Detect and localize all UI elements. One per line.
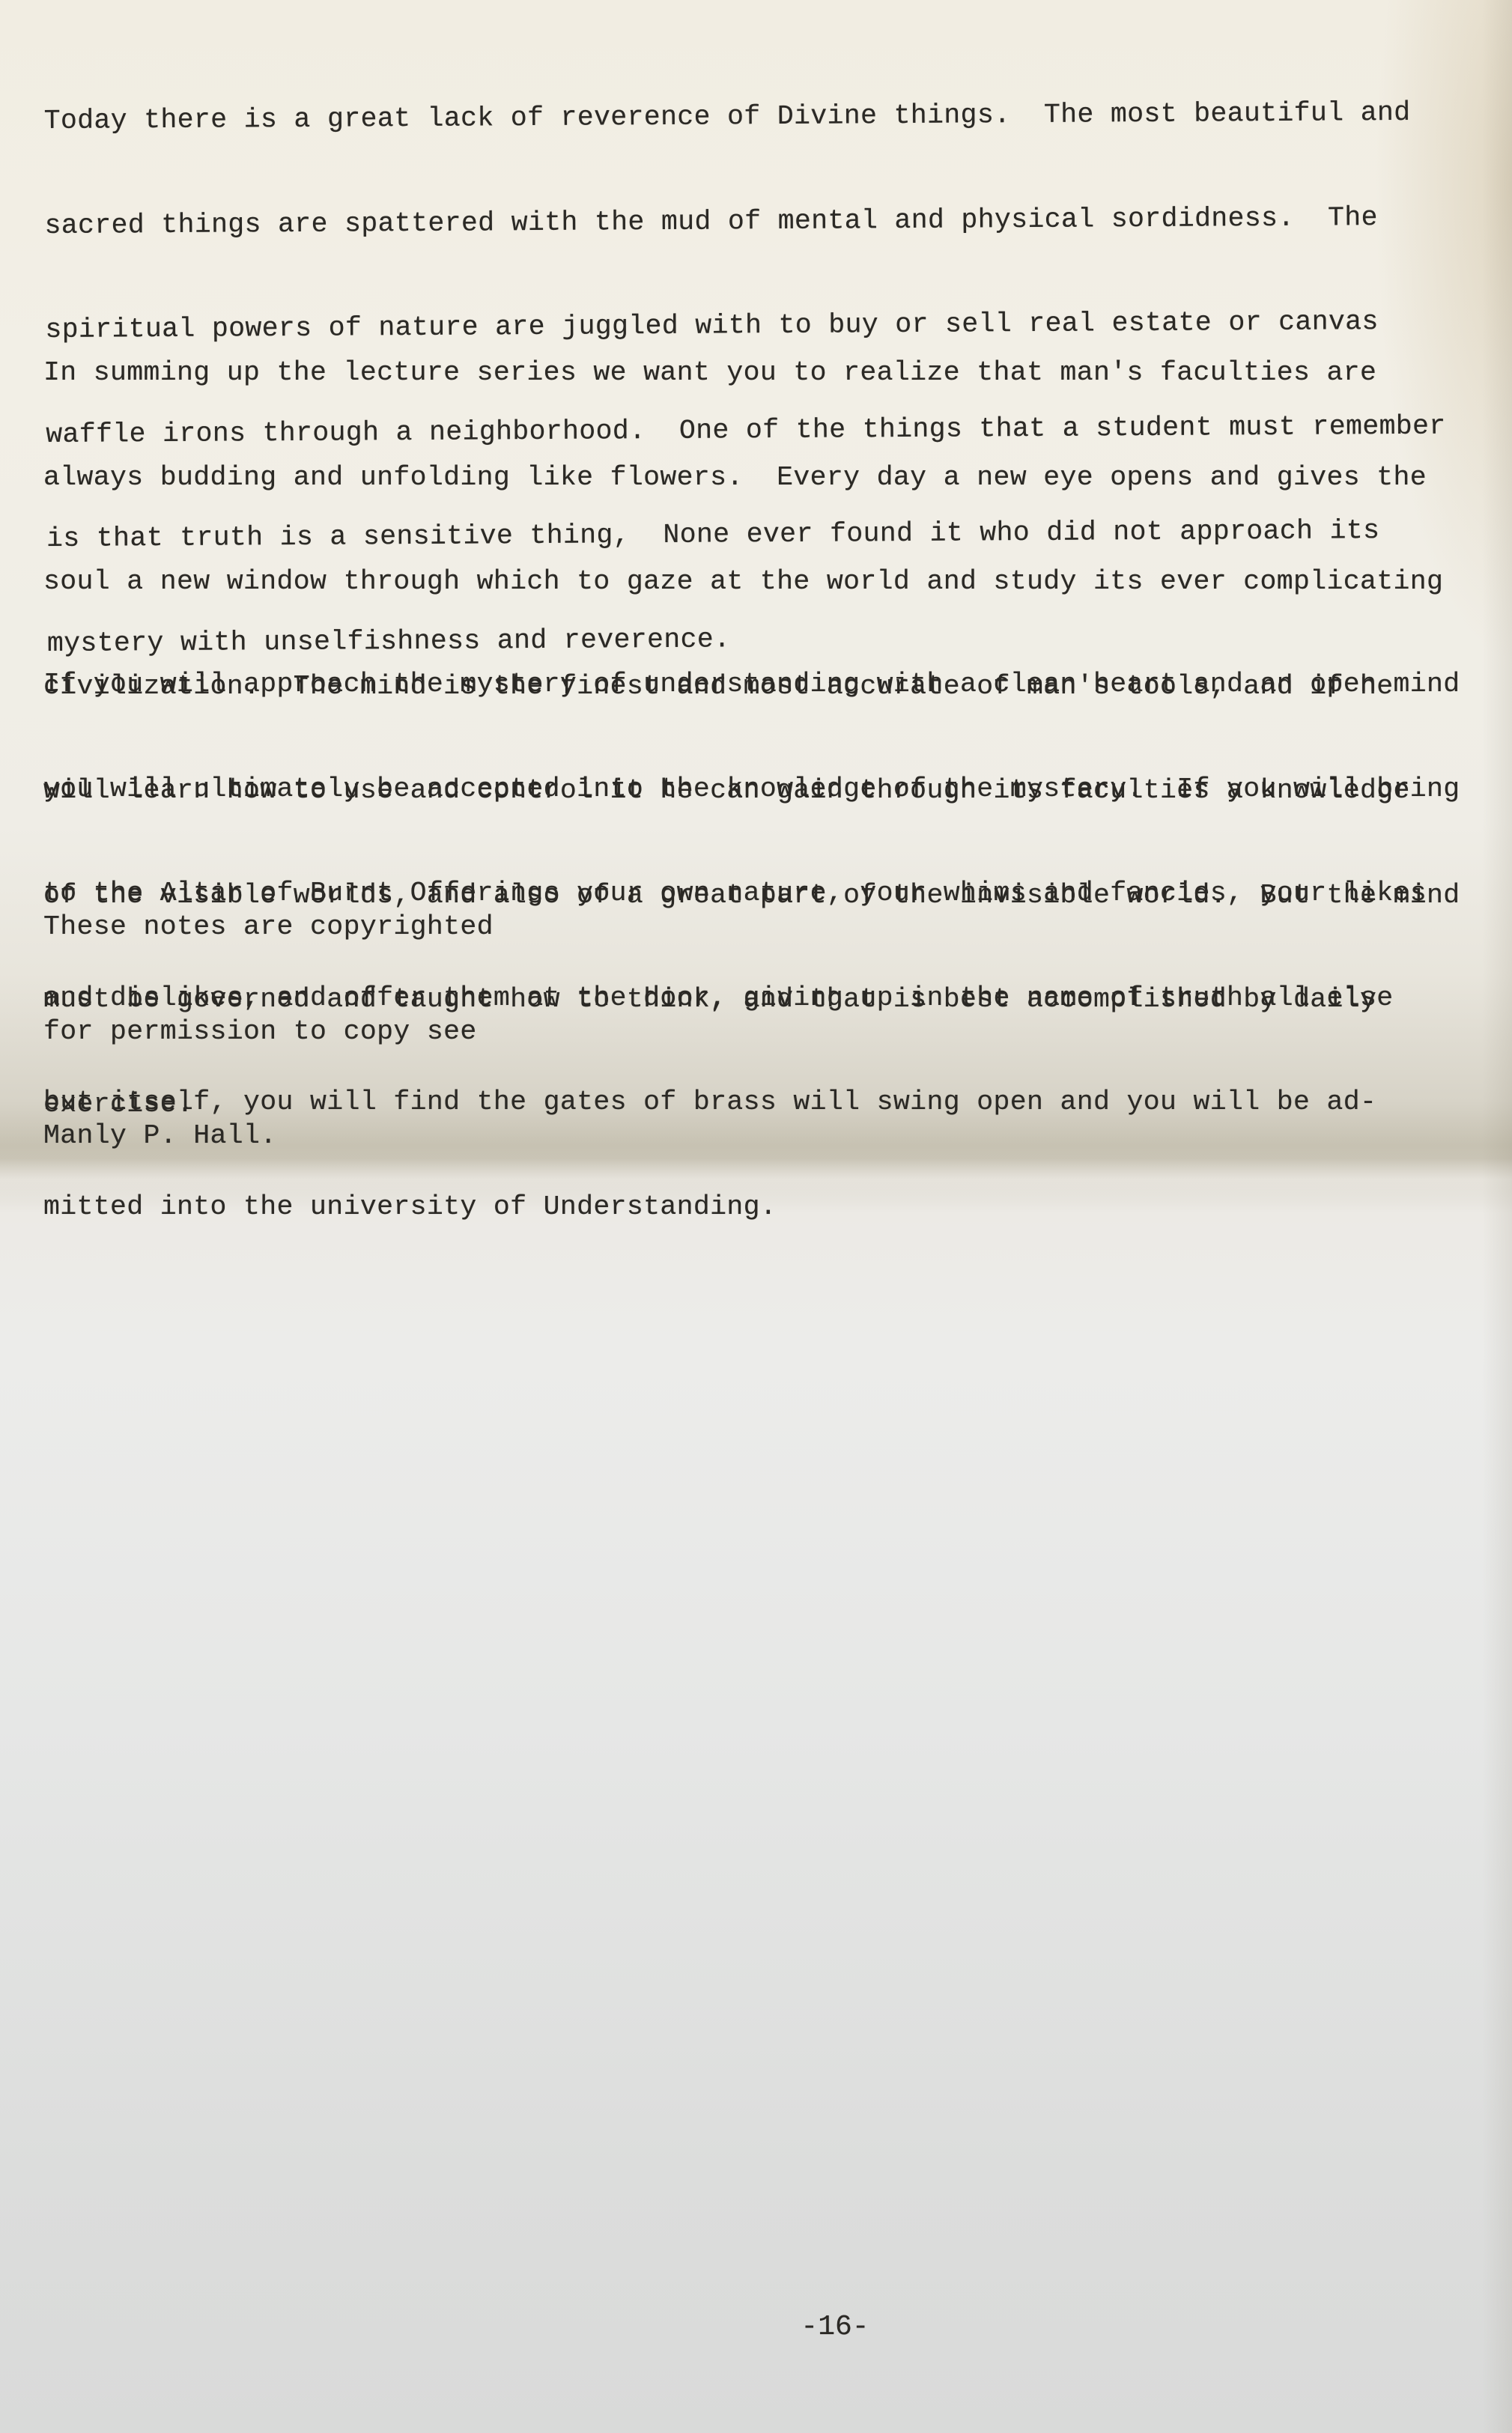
page-edge-shadow xyxy=(1482,0,1512,2433)
text-line: for permission to copy see xyxy=(43,1015,494,1050)
text-line: soul a new window through which to gaze … xyxy=(43,565,1460,600)
text-line: sacred things are spattered with the mud… xyxy=(44,200,1445,243)
author-name: Manly P. Hall. xyxy=(43,1119,494,1154)
text-line: always budding and unfolding like flower… xyxy=(43,461,1460,496)
text-line: Today there is a great lack of reverence… xyxy=(44,96,1445,139)
page-number: -16- xyxy=(0,2311,1512,2343)
text-line: In summing up the lecture series we want… xyxy=(43,356,1460,391)
text-line: These notes are copyrighted xyxy=(43,910,494,945)
copyright-note: These notes are copyrighted for permissi… xyxy=(43,840,494,1224)
paper-page: Today there is a great lack of reverence… xyxy=(0,0,1512,2433)
text-line: If you will approach the mystery of unde… xyxy=(43,667,1460,702)
text-line: you will ultimately be accepted into the… xyxy=(43,772,1460,807)
